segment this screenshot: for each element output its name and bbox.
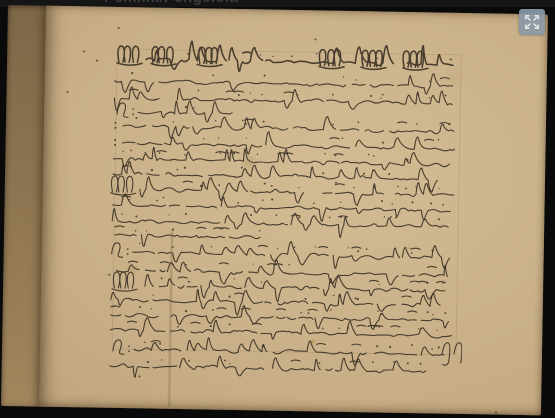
ink-speck [335,182,337,184]
ink-speck [118,27,120,29]
ink-speck [139,375,141,377]
ink-speck [96,60,98,62]
viewer-top-label: Pemilik/Pengelola [104,0,238,5]
manuscript-page[interactable] [1,5,548,415]
fullscreen-expand-icon [522,12,542,32]
ink-speck [66,91,68,93]
ink-speck [108,274,110,276]
ink-speck [411,344,413,346]
handwritten-text-block [101,39,467,395]
fullscreen-button[interactable] [519,9,545,35]
ink-speck [495,412,497,414]
ink-speck [314,38,316,40]
ink-speck [83,50,85,52]
